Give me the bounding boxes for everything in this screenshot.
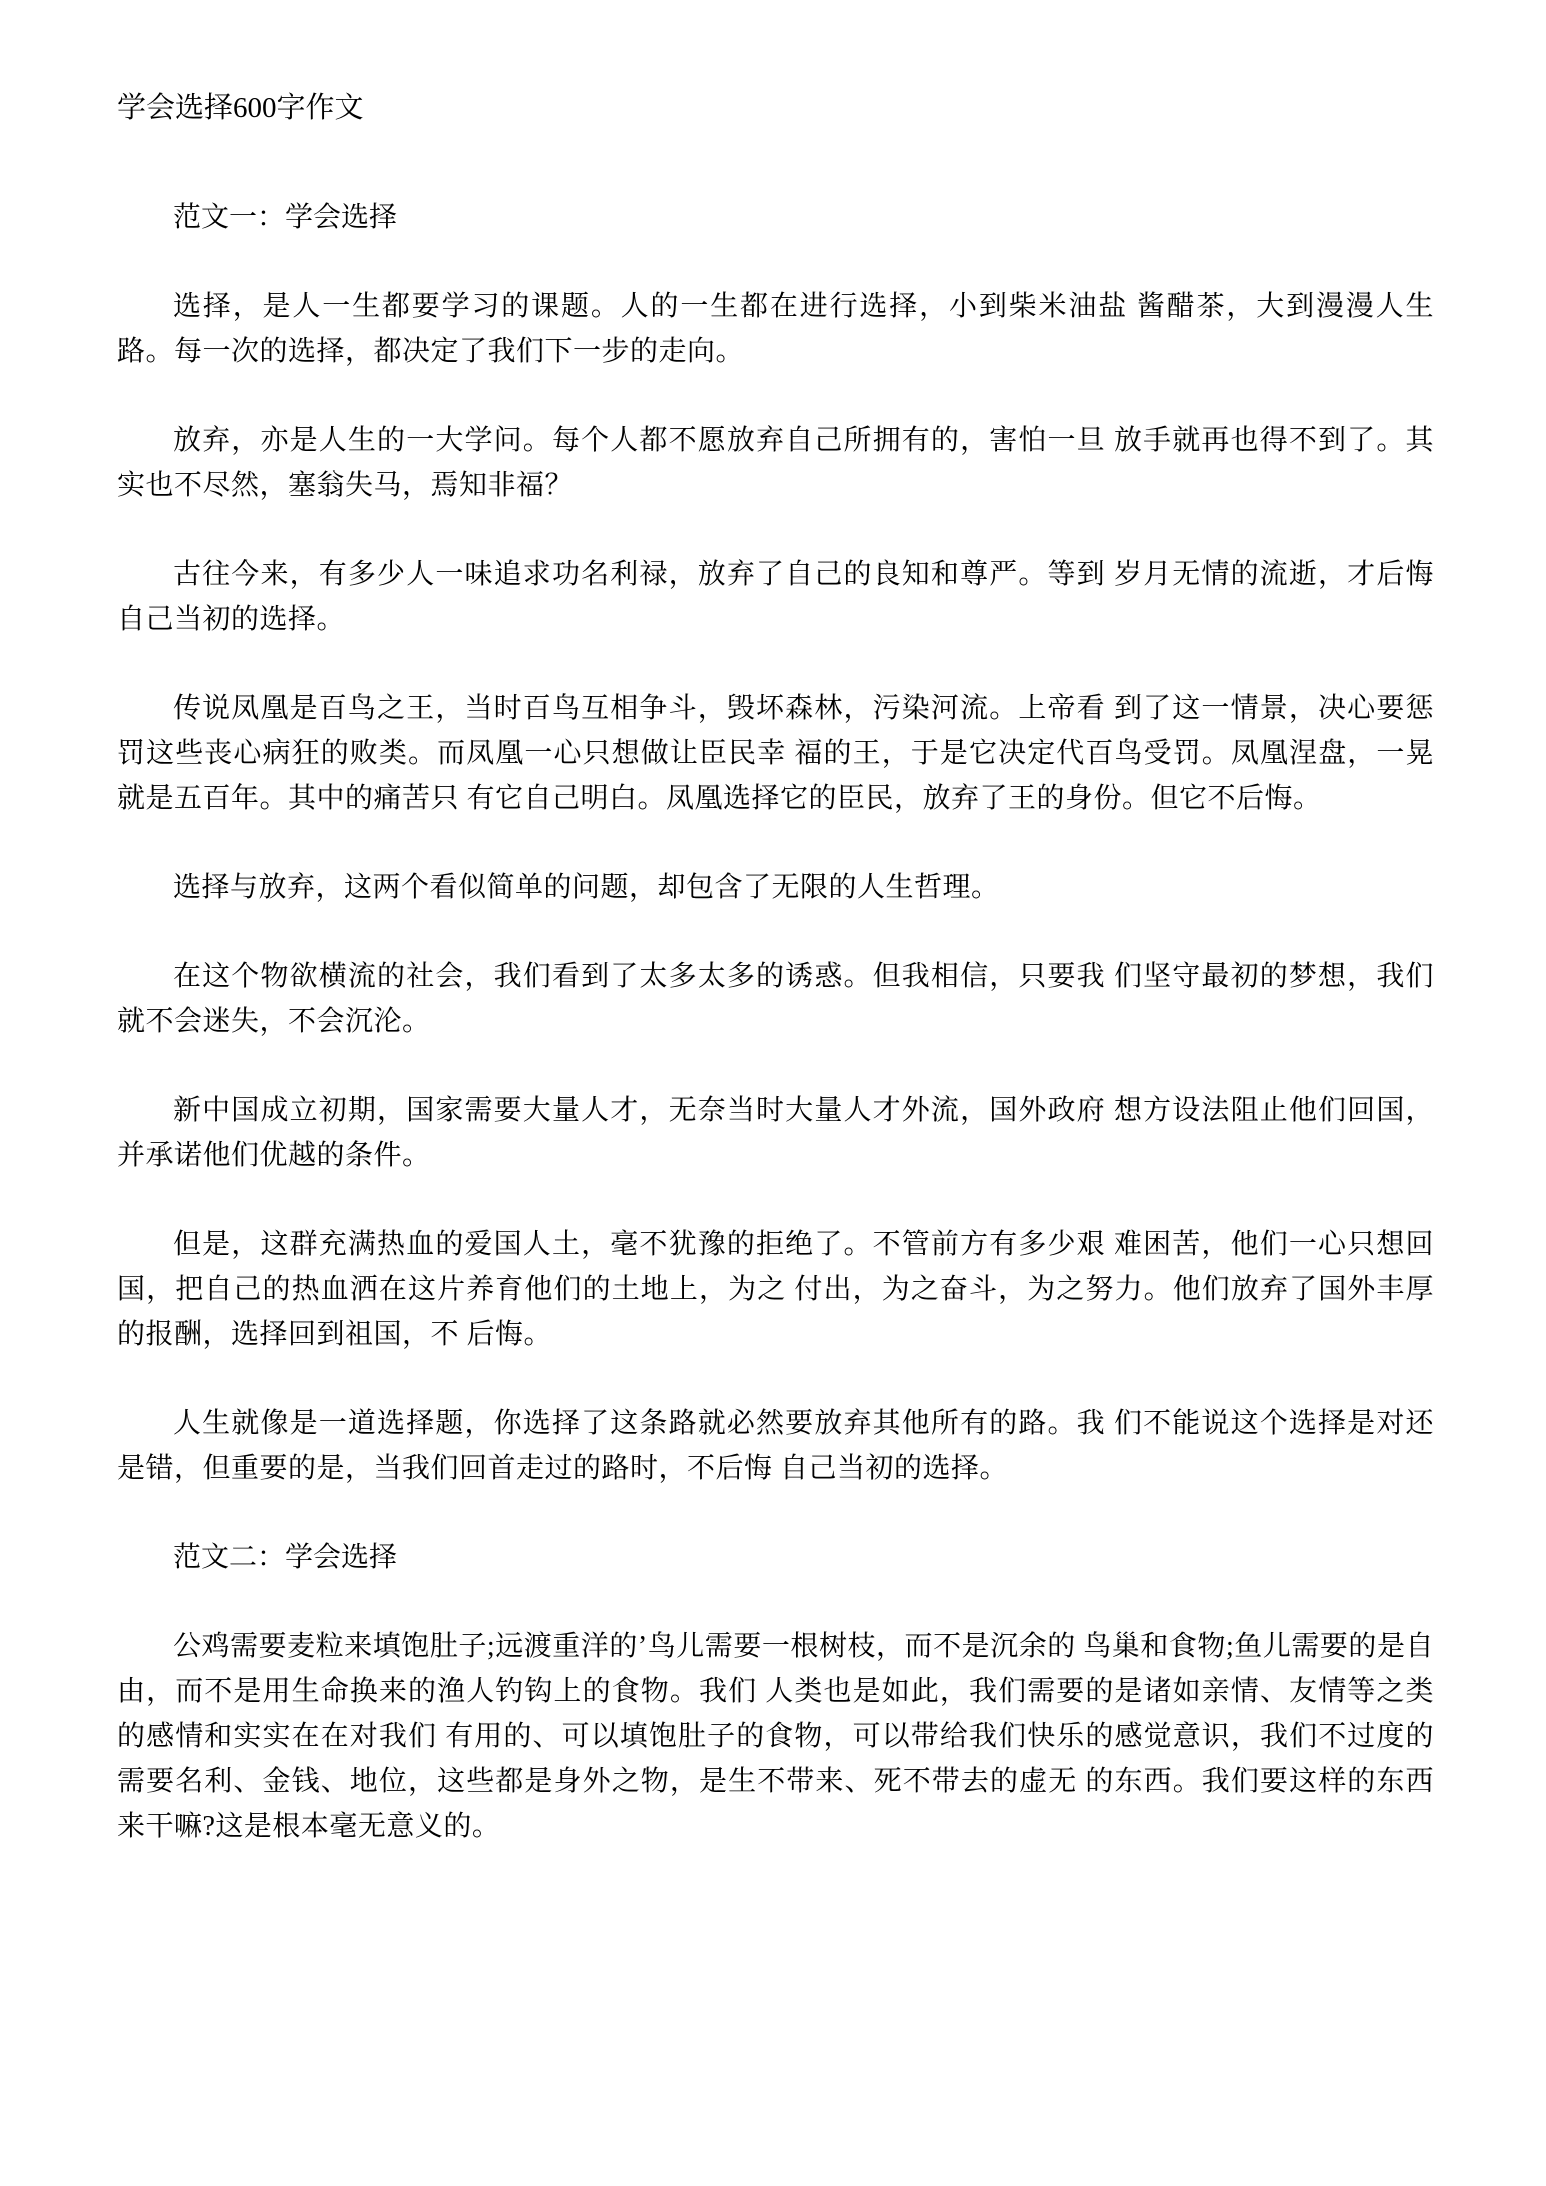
- section-1-paragraph-3: 古往今来，有多少人一味追求功名利禄，放弃了自己的良知和尊严。等到 岁月无情的流逝…: [117, 552, 1434, 642]
- document-page: 学会选择600字作文 范文一：学会选择 选择，是人一生都要学习的课题。人的一生都…: [0, 0, 1546, 2186]
- section-1-paragraph-8: 但是，这群充满热血的爱国人土，毫不犹豫的拒绝了。不管前方有多少艰 难困苦，他们一…: [117, 1222, 1434, 1357]
- section-1-paragraph-9: 人生就像是一道选择题，你选择了这条路就必然要放弃其他所有的路。我 们不能说这个选…: [117, 1401, 1434, 1491]
- section-1-paragraph-6: 在这个物欲横流的社会，我们看到了太多太多的诱惑。但我相信，只要我 们坚守最初的梦…: [117, 954, 1434, 1044]
- section-2-paragraph-1: 公鸡需要麦粒来填饱肚子;远渡重洋的’鸟儿需要一根树枝，而不是沉余的 鸟巢和食物;…: [117, 1624, 1434, 1849]
- section-1-paragraph-2: 放弃，亦是人生的一大学问。每个人都不愿放弃自己所拥有的，害怕一旦 放手就再也得不…: [117, 418, 1434, 508]
- document-title: 学会选择600字作文: [117, 86, 1434, 131]
- section-2-heading: 范文二：学会选择: [117, 1535, 1434, 1580]
- section-1-heading: 范文一：学会选择: [117, 195, 1434, 240]
- section-1-paragraph-1: 选择，是人一生都要学习的课题。人的一生都在进行选择，小到柴米油盐 酱醋茶，大到漫…: [117, 284, 1434, 374]
- section-1-paragraph-5: 选择与放弃，这两个看似简单的问题，却包含了无限的人生哲理。: [117, 865, 1434, 910]
- section-1-paragraph-7: 新中国成立初期，国家需要大量人才，无奈当时大量人才外流，国外政府 想方设法阻止他…: [117, 1088, 1434, 1178]
- section-1-paragraph-4: 传说凤凰是百鸟之王，当时百鸟互相争斗，毁坏森林，污染河流。上帝看 到了这一情景，…: [117, 686, 1434, 821]
